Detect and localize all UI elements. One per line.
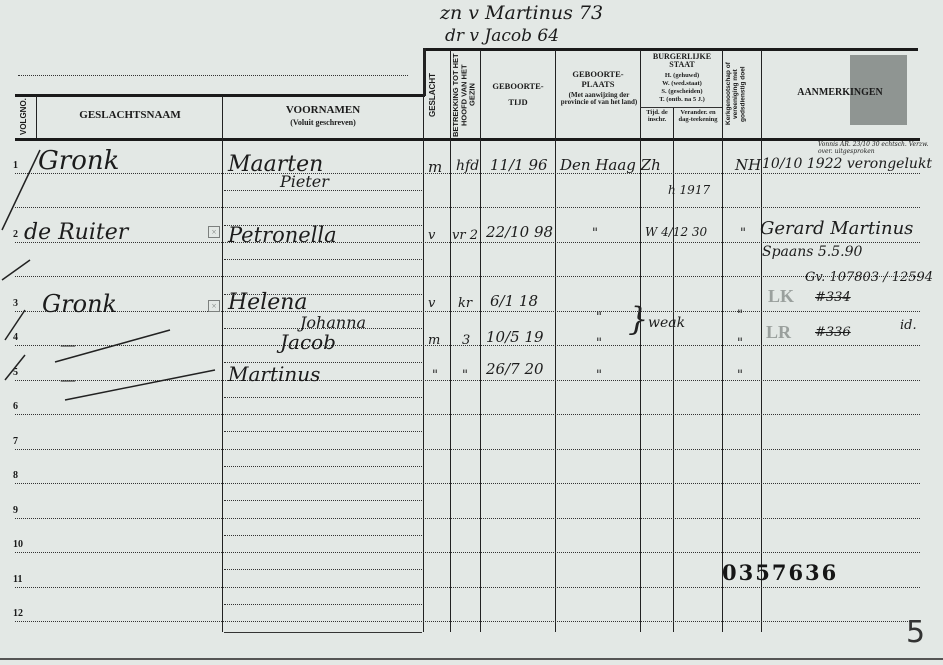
entry-1-remarks-small: Vonnis AR. 23/10 30 echtsch. Verzw. over… (818, 141, 938, 155)
top-annotation-line-2: dr v Jacob 64 (445, 26, 559, 46)
voornamen-subline (224, 569, 422, 570)
entry-2-remarks: Gerard Martinus (760, 218, 913, 239)
row-line-7 (15, 449, 920, 450)
burgerlijke-staat-h: H. (gehuwd) (642, 73, 722, 80)
voornamen-subline (224, 500, 422, 501)
entry-4-birth-date: 10/5 19 (486, 328, 544, 346)
entry-1-birth-date: 11/1 96 (490, 156, 548, 174)
entry-2-birth-place: " (592, 226, 598, 241)
header-geboorteplaats-2: PLAATS (557, 80, 639, 89)
entry-5-religion: " (737, 368, 743, 383)
entry-1-relation: hfd (456, 158, 479, 174)
voornamen-subline (224, 466, 422, 467)
col-line-burgerlijke-staat (722, 50, 723, 632)
header-top-rule-right (423, 48, 918, 51)
entry-2-birth-date: 22/10 98 (486, 223, 553, 241)
entry-4-religion: " (737, 336, 743, 351)
header-kerkgenootschap: Kerkgenootschap of vereeniging met godsd… (725, 52, 759, 136)
top-annotation-line-1: zn v Martinus 73 (440, 2, 603, 24)
entry-4-stamp-ref: #336 (815, 325, 851, 340)
entry-4-sex: m (428, 333, 440, 348)
voornamen-subline (224, 397, 422, 398)
col-line-geboortetijd (555, 50, 556, 632)
burgerlijke-staat-s: S. (gescheiden) (642, 89, 722, 96)
strike-lines (0, 140, 230, 420)
burgerlijke-sub-rule (640, 107, 722, 108)
col-line-volgno (36, 96, 37, 138)
entry-5-birth-place: " (596, 368, 602, 383)
entry-3-religion: " (737, 308, 743, 323)
entry-3-stamp: LK (768, 286, 794, 307)
entry-2-religion: " (740, 226, 746, 241)
entry-2-civil-change: W 4/12 30 (645, 225, 707, 239)
registration-card: zn v Martinus 73 dr v Jacob 64 VOLGNO. G… (0, 0, 943, 665)
entry-4-stamp: LR (766, 322, 791, 343)
header-aanmerkingen: AANMERKINGEN (775, 88, 905, 99)
col-line-betrekking (480, 50, 481, 632)
col-line-geboorteplaats (640, 50, 641, 632)
row-number: 9 (13, 505, 18, 516)
row-number: 8 (13, 470, 18, 481)
header-betrekking: BETREKKING TOT HET HOOFD VAN HET GEZIN (452, 53, 478, 137)
header-geboorteplaats-sub: (Met aanwijzing der provincie of van het… (559, 92, 639, 107)
entry-5-relation: " (462, 368, 468, 383)
voornamen-subline (224, 259, 422, 260)
row-number: 7 (13, 436, 18, 447)
entry-1-civil-change: h 1917 (668, 183, 710, 197)
brace-mark: } (628, 300, 648, 338)
row-number: 11 (13, 574, 22, 585)
header-geboortetijd-2: TIJD (482, 98, 554, 107)
entry-3-birth-place: " (596, 310, 602, 325)
header-geslachtsnaam: GESLACHTSNAAM (40, 110, 220, 122)
entry-3-given: Helena (228, 290, 308, 315)
entry-2-remarks-2: Spaans 5.5.90 (762, 244, 862, 260)
header-voornamen-sub: (Voluit geschreven) (224, 119, 422, 127)
row-line-10 (15, 552, 920, 553)
row-number: 12 (13, 608, 23, 619)
col-line-kerkgenootschap (761, 50, 762, 632)
entry-2-relation: vr 2 (452, 228, 478, 243)
voornamen-subline (224, 535, 422, 536)
burgerlijke-staat-w: W. (wed.staat) (642, 81, 722, 88)
card-bottom-edge (0, 658, 943, 660)
entry-2-given: Petronella (228, 223, 337, 247)
entry-4-relation: 3 (462, 333, 470, 348)
row-line-11 (15, 587, 920, 588)
card-number: 0357636 (722, 560, 838, 585)
entry-4-remarks: id. (900, 318, 917, 333)
entry-5-given: Martinus (228, 362, 320, 386)
voornamen-subline (224, 431, 422, 432)
entry-4-birth-place: " (596, 336, 602, 351)
row-number: 10 (13, 539, 23, 550)
entry-3-stamp-ref: #334 (815, 290, 851, 305)
entry-4-given: Jacob (280, 330, 336, 354)
header-voornamen: VOORNAMEN (224, 105, 422, 117)
entry-3-remarks: Gv. 107803 / 12594 (805, 270, 933, 285)
row-line-9 (15, 518, 920, 519)
entry-1-remarks: 10/10 1922 verongelukt (762, 156, 932, 172)
header-volgno: VOLGNO. (20, 98, 32, 136)
row-line-12 (15, 621, 920, 622)
top-dotted-line (18, 75, 408, 76)
entry-3-civil-status: weak (648, 315, 685, 331)
header-tijd-inschr: Tijd. de inschr. (641, 110, 673, 124)
entry-3-birth-date: 6/1 18 (490, 292, 538, 310)
entry-5-sex: " (432, 368, 438, 383)
header-geboortetijd-1: GEBOORTE- (482, 82, 554, 91)
entry-5-birth-date: 26/7 20 (486, 360, 544, 378)
entry-1-given-2: Pieter (280, 172, 329, 191)
header-step (423, 48, 426, 96)
header-geboorteplaats-1: GEBOORTE- (557, 70, 639, 79)
entry-1-birth-place: Den Haag Zh (560, 156, 661, 174)
entry-1-religion: NH (735, 156, 761, 174)
col-line-geslacht (450, 50, 451, 632)
burgerlijke-staat-t: T. (ontb. na 5 J.) (642, 97, 722, 104)
entry-2-sex: v (428, 228, 435, 243)
entry-1-sex: m (428, 158, 442, 176)
header-geslacht: GESLACHT (429, 55, 445, 135)
entry-3-relation: kr (458, 296, 472, 311)
row-line-8 (15, 483, 920, 484)
voornamen-subline (224, 604, 422, 605)
voornamen-bottom (224, 632, 422, 633)
page-mark: 5 (906, 615, 925, 650)
header-verander: Verander. en dag-teekening (674, 110, 722, 124)
header-top-rule-left (15, 94, 425, 97)
entry-3-sex: v (428, 296, 435, 311)
header-burgerlijke-staat: BURGERLIJKE STAAT (642, 53, 722, 70)
